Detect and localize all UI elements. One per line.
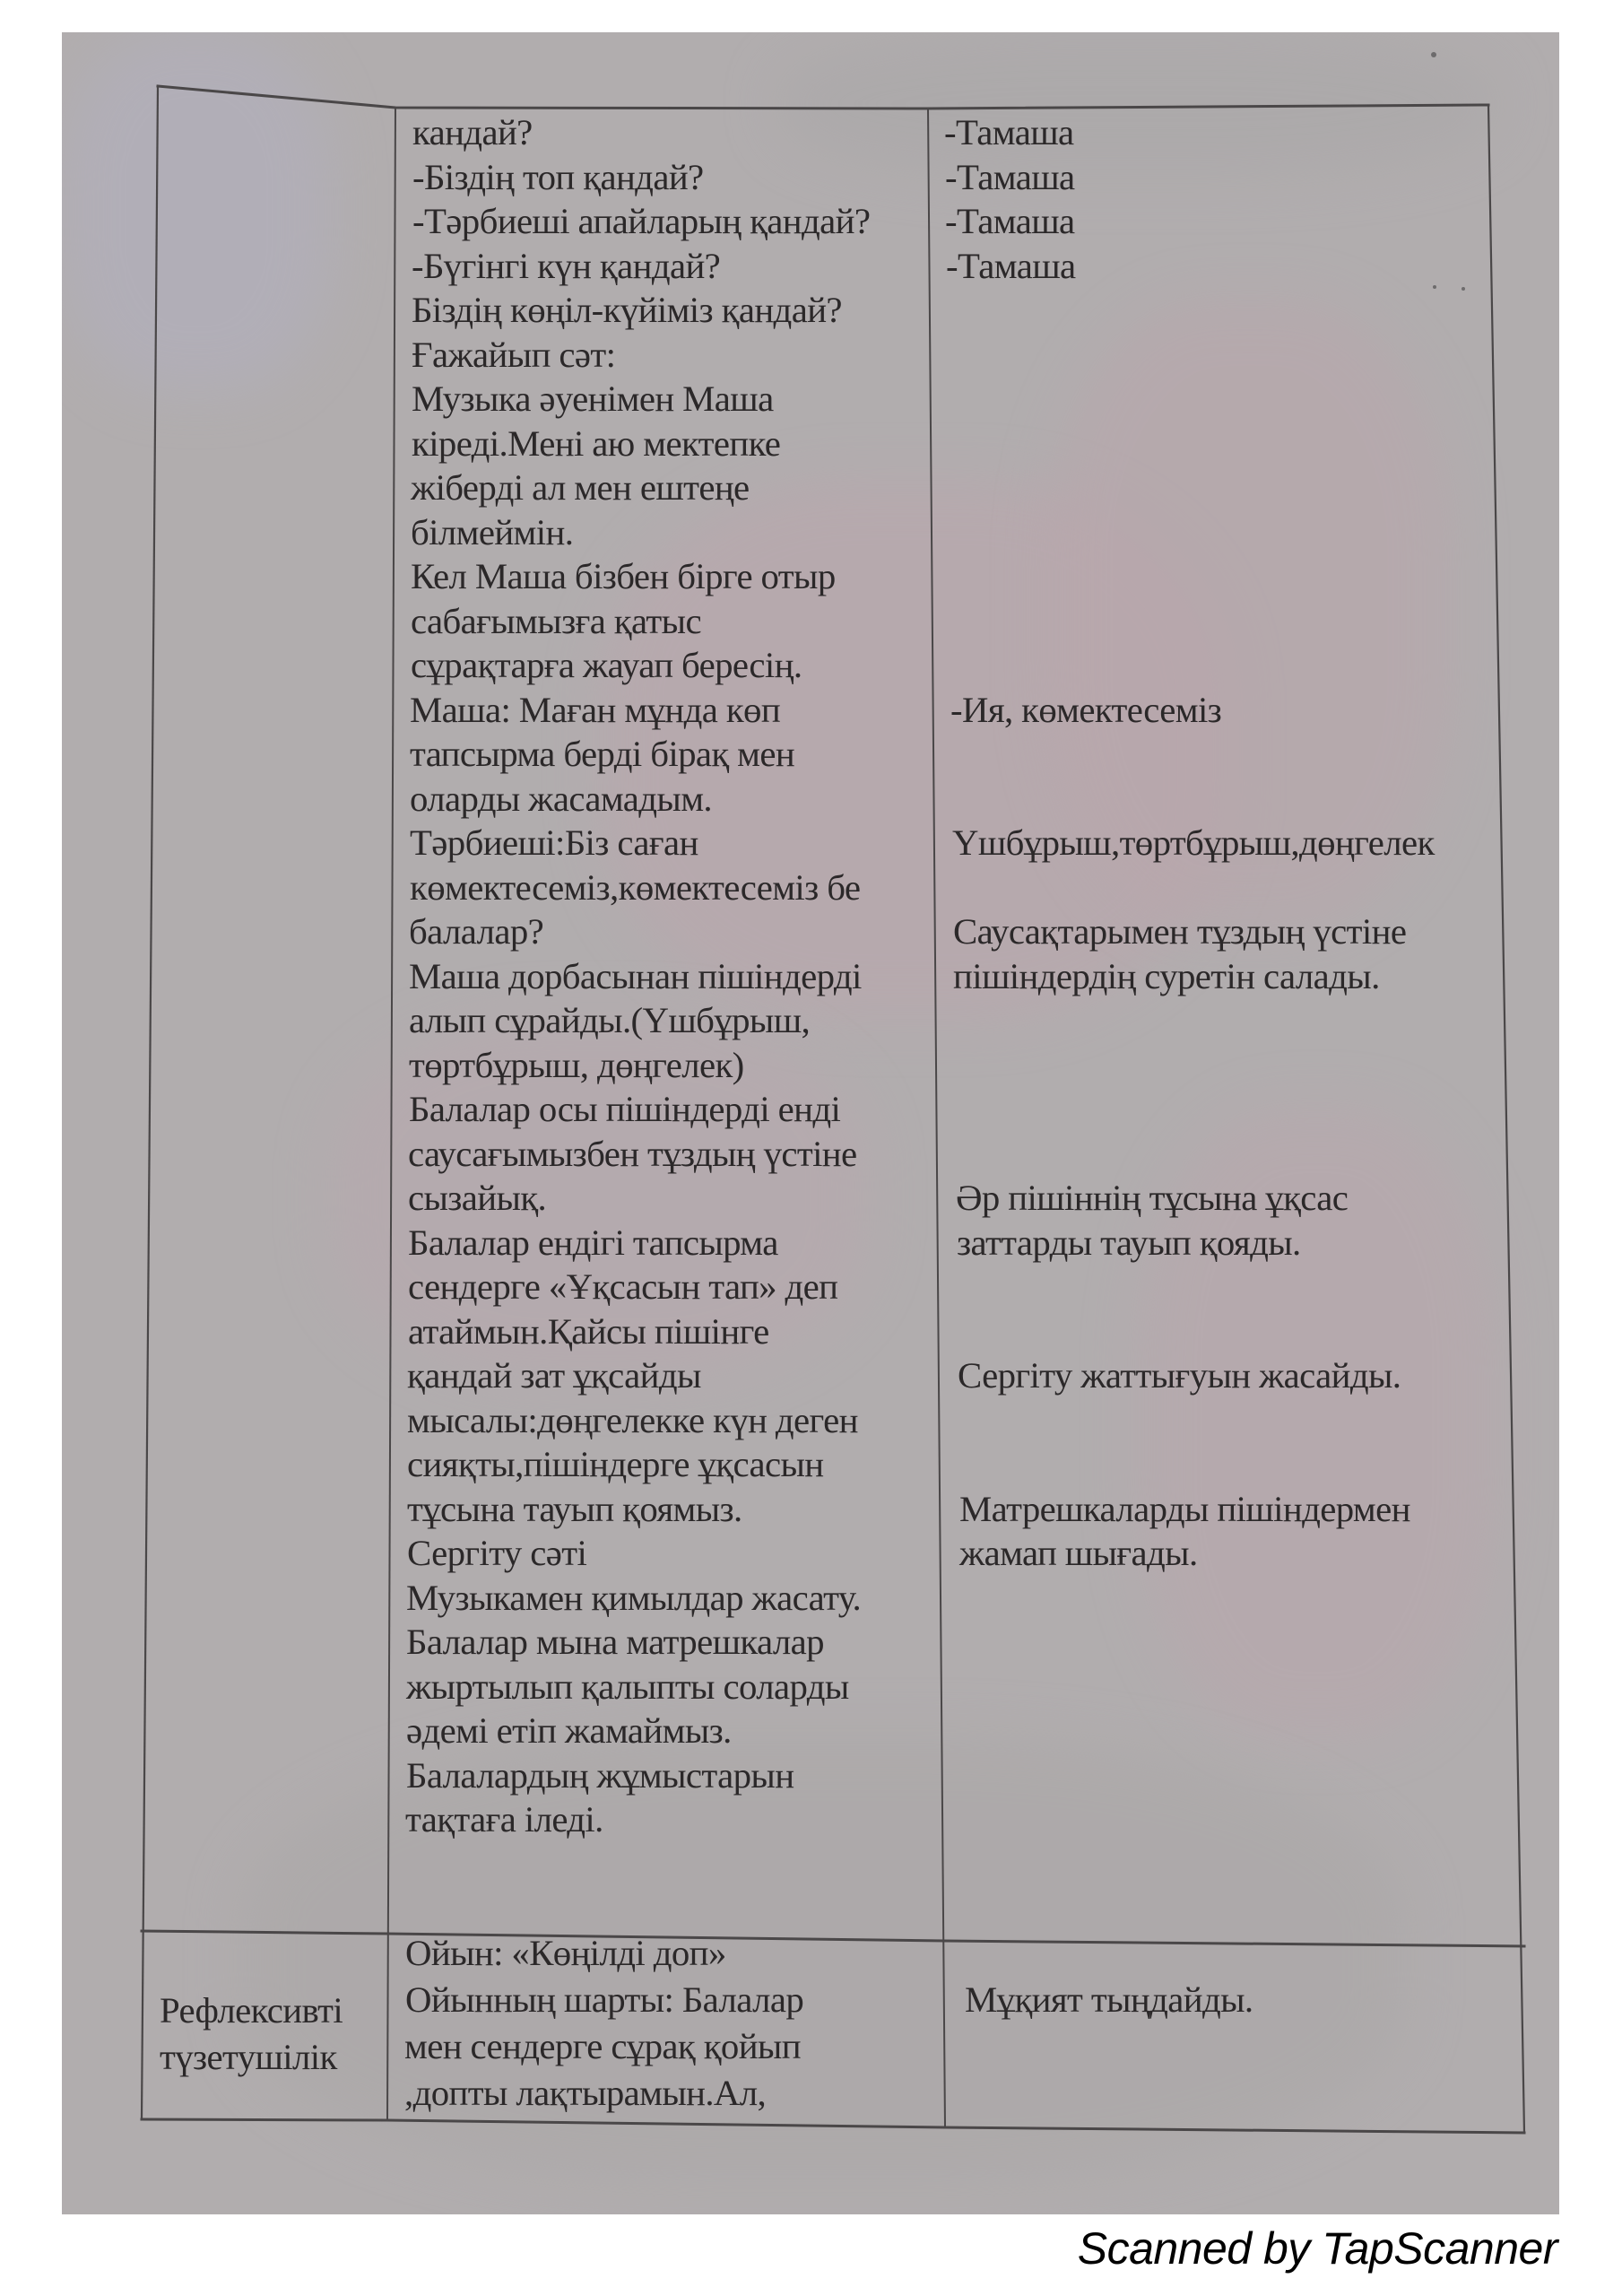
- teacher-activity-line: Балалар осы пішіндерді енді: [409, 1091, 840, 1127]
- teacher-activity-line: Маша: Маған мұнда көп: [410, 692, 780, 728]
- teacher-activity-line: Музыкамен қимылдар жасату.: [406, 1580, 861, 1616]
- child-activity-line: -Тамаша: [945, 160, 1075, 196]
- child-activity-line: Саусақтарымен тұздың үстіне: [953, 914, 1406, 950]
- stage-label-line: Рефлексивті: [160, 1993, 343, 2029]
- teacher-activity-line: кандай?: [412, 115, 533, 151]
- teacher-activity-line: Біздің көңіл-күйіміз қандай?: [412, 292, 842, 328]
- child-activity-line: Әр пішіннің тұсына ұқсас: [956, 1180, 1348, 1216]
- child-activity-line: Мұқият тыңдайды.: [965, 1982, 1253, 2018]
- teacher-activity-line: әдемі етіп жамаймыз.: [406, 1713, 732, 1749]
- teacher-activity-line: оларды жасамадым.: [410, 781, 712, 817]
- teacher-activity-line: алып сұрайды.(Үшбұрыш,: [409, 1003, 810, 1039]
- child-activity-line: -Тамаша: [945, 204, 1075, 239]
- child-activity-line: Үшбұрыш,төртбұрыш,дөңгелек: [952, 825, 1435, 861]
- teacher-activity-line: қандай зат ұқсайды: [407, 1358, 701, 1394]
- child-activity-line: -Тамаша: [944, 115, 1074, 151]
- teacher-activity-line: -Бүгінгі күн қандай?: [412, 248, 720, 284]
- child-activity-line: -Ия, көмектесеміз: [950, 692, 1221, 728]
- teacher-activity-line: сияқты,пішіндерге ұқсасын: [407, 1447, 824, 1483]
- teacher-activity-line: тақтаға іледі.: [405, 1802, 603, 1838]
- teacher-activity-line: Балалар ендігі тапсырма: [408, 1225, 778, 1261]
- child-activity-line: жамап шығады.: [959, 1535, 1198, 1571]
- teacher-activity-line: жіберді ал мен ештеңе: [411, 470, 750, 506]
- teacher-activity-line: Балалар мына матрешкалар: [406, 1624, 824, 1660]
- teacher-activity-line: Ойынның шарты: Балалар: [405, 1982, 803, 2018]
- teacher-activity-line: -Тәрбиеші апайларың қандай?: [412, 204, 870, 239]
- teacher-activity-line: Маша дорбасынан пішіндерді: [409, 959, 862, 995]
- child-activity-line: Сергіту жаттығуын жасайды.: [958, 1358, 1401, 1394]
- child-activity-line: заттарды тауып қояды.: [957, 1225, 1301, 1261]
- teacher-activity-line: сұрақтарға жауап бересің.: [411, 648, 802, 683]
- scanner-watermark: Scanned by TapScanner: [1078, 2222, 1557, 2274]
- child-activity-line: Матрешкаларды пішіндермен: [959, 1492, 1410, 1527]
- teacher-activity-line: сызайық.: [408, 1180, 546, 1216]
- teacher-activity-line: төртбұрыш, дөңгелек): [409, 1048, 744, 1083]
- child-activity-line: пішіндердің суретін салады.: [953, 959, 1380, 995]
- teacher-activity-line: -Біздің топ қандай?: [412, 160, 704, 196]
- teacher-activity-line: атаймын.Қайсы пішінге: [408, 1314, 769, 1350]
- teacher-activity-line: мысалы:дөңгелекке күн деген: [407, 1403, 858, 1439]
- teacher-activity-line: ,допты лақтырамын.Ал,: [404, 2075, 766, 2111]
- teacher-activity-line: Музыка әуенімен Маша: [412, 381, 774, 417]
- teacher-activity-line: мен сендерге сұрақ қойып: [404, 2029, 801, 2065]
- child-activity-line: -Тамаша: [946, 248, 1076, 284]
- teacher-activity-line: саусағымызбен тұздың үстіне: [408, 1136, 857, 1172]
- teacher-activity-line: Кел Маша бізбен бірге отыр: [411, 559, 836, 595]
- stage-label-line: түзетушілік: [160, 2039, 337, 2075]
- teacher-activity-line: Ғажайып сәт:: [412, 337, 615, 373]
- teacher-activity-line: жыртылып қалыпты соларды: [406, 1669, 849, 1705]
- teacher-activity-line: балалар?: [409, 914, 543, 950]
- teacher-activity-line: Тәрбиеші:Біз саған: [410, 825, 698, 861]
- teacher-activity-line: тапсырма берді бірақ мен: [410, 736, 794, 772]
- teacher-activity-line: сабағымызға қатыс: [411, 604, 701, 639]
- teacher-activity-line: тұсына тауып қоямыз.: [407, 1492, 742, 1527]
- teacher-activity-line: Балалардың жұмыстарын: [406, 1758, 794, 1794]
- teacher-activity-line: Ойын: «Көңілді доп»: [405, 1935, 726, 1971]
- teacher-activity-line: білмеймін.: [411, 515, 573, 551]
- teacher-activity-line: сендерге «Ұқсасын тап» деп: [408, 1269, 837, 1305]
- teacher-activity-line: кіреді.Мені аю мектепке: [412, 426, 780, 462]
- teacher-activity-line: көмектесеміз,көмектесеміз бе: [410, 870, 860, 906]
- teacher-activity-line: Сергіту сәті: [407, 1535, 586, 1571]
